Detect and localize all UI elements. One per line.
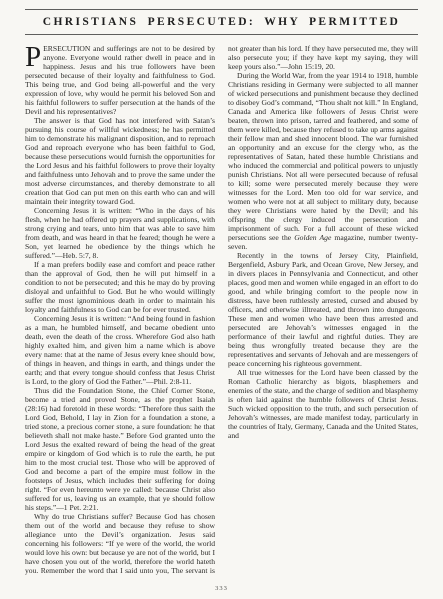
page-title: CHRISTIANS PERSECUTED: WHY PERMITTED [25,16,418,28]
title-rule [25,34,418,35]
article-columns: PERSECUTION and sufferings are not to be… [25,44,418,583]
top-rule [25,9,418,10]
drop-cap: P [25,44,43,69]
paragraph-text: ERSECUTION and sufferings are not to be … [25,44,215,116]
paragraph: PERSECUTION and sufferings are not to be… [25,44,215,116]
paragraph: During the World War, from the year 1914… [228,71,418,251]
paragraph-text: During the World War, from the year 1914… [228,71,418,242]
document-page: CHRISTIANS PERSECUTED: WHY PERMITTED PER… [0,0,443,599]
paragraph: If a man prefers bodily ease and comfort… [25,260,215,314]
paragraph: Concerning Jesus it is written: “Who in … [25,206,215,260]
paragraph: The answer is that God has not interfere… [25,116,215,206]
paragraph: All true witnesses for the Lord have bee… [228,368,418,440]
page-number: 333 [25,583,418,593]
paragraph: Recently in the towns of Jersey City, Pl… [228,251,418,368]
golden-age-magazine-title: Golden Age [294,233,331,242]
paragraph: Thus did the Foundation Stone, the Chief… [25,386,215,512]
paragraph: Concerning Jesus it is written: “And bei… [25,314,215,386]
